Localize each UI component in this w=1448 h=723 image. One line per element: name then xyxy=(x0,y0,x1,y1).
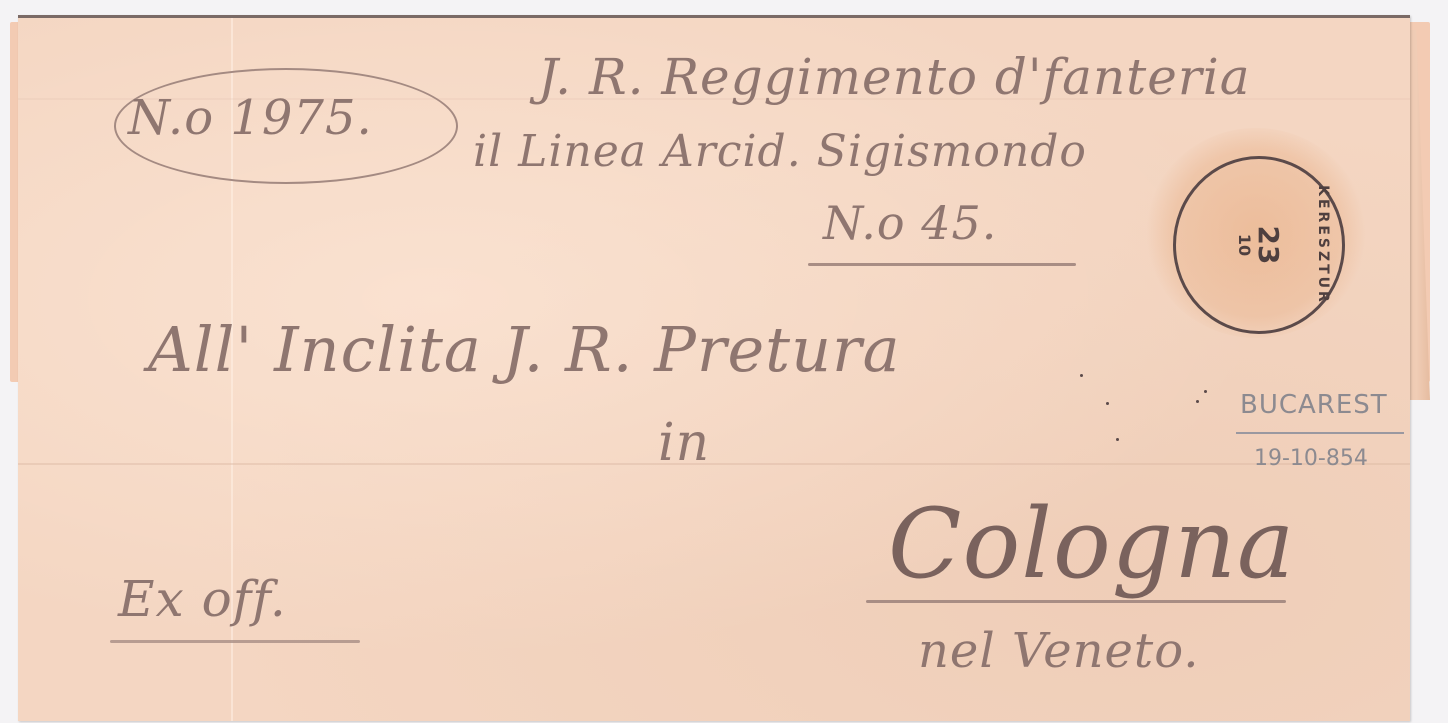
sender-number: N.o 45. xyxy=(823,196,997,250)
address-in: in xyxy=(658,413,710,473)
endorsement-underline xyxy=(110,640,360,643)
address-salutation: All' Inclita J. R. Pretura xyxy=(148,313,901,386)
sender-line-1: J. R. Reggimento d'fanteria xyxy=(538,48,1251,106)
postmark-month: 10 xyxy=(1235,234,1253,256)
ink-speck xyxy=(1106,402,1109,405)
address-city: Cologna xyxy=(888,488,1295,600)
endorsement-ex-officio: Ex off. xyxy=(118,570,287,628)
registry-number: N.o 1975. xyxy=(128,90,373,146)
pencil-note-place: BUCAREST xyxy=(1240,390,1388,420)
pencil-note-divider xyxy=(1236,432,1404,434)
ink-speck xyxy=(1080,374,1083,377)
postmark-day: 23 xyxy=(1253,226,1283,265)
sender-underline xyxy=(808,263,1076,266)
ink-speck xyxy=(1204,390,1207,393)
ink-speck xyxy=(1116,438,1119,441)
city-underline xyxy=(866,600,1286,603)
letter-cover: N.o 1975. J. R. Reggimento d'fanteria il… xyxy=(18,15,1410,721)
fold-crease xyxy=(18,463,1410,465)
postmark: KERESZTUR 23 10 xyxy=(1173,156,1345,334)
sender-line-2: il Linea Arcid. Sigismondo xyxy=(473,126,1087,177)
ink-speck xyxy=(1196,400,1199,403)
postmark-town: KERESZTUR xyxy=(1315,162,1331,328)
address-region: nel Veneto. xyxy=(918,623,1200,679)
pencil-note-date: 19-10-854 xyxy=(1254,446,1368,471)
